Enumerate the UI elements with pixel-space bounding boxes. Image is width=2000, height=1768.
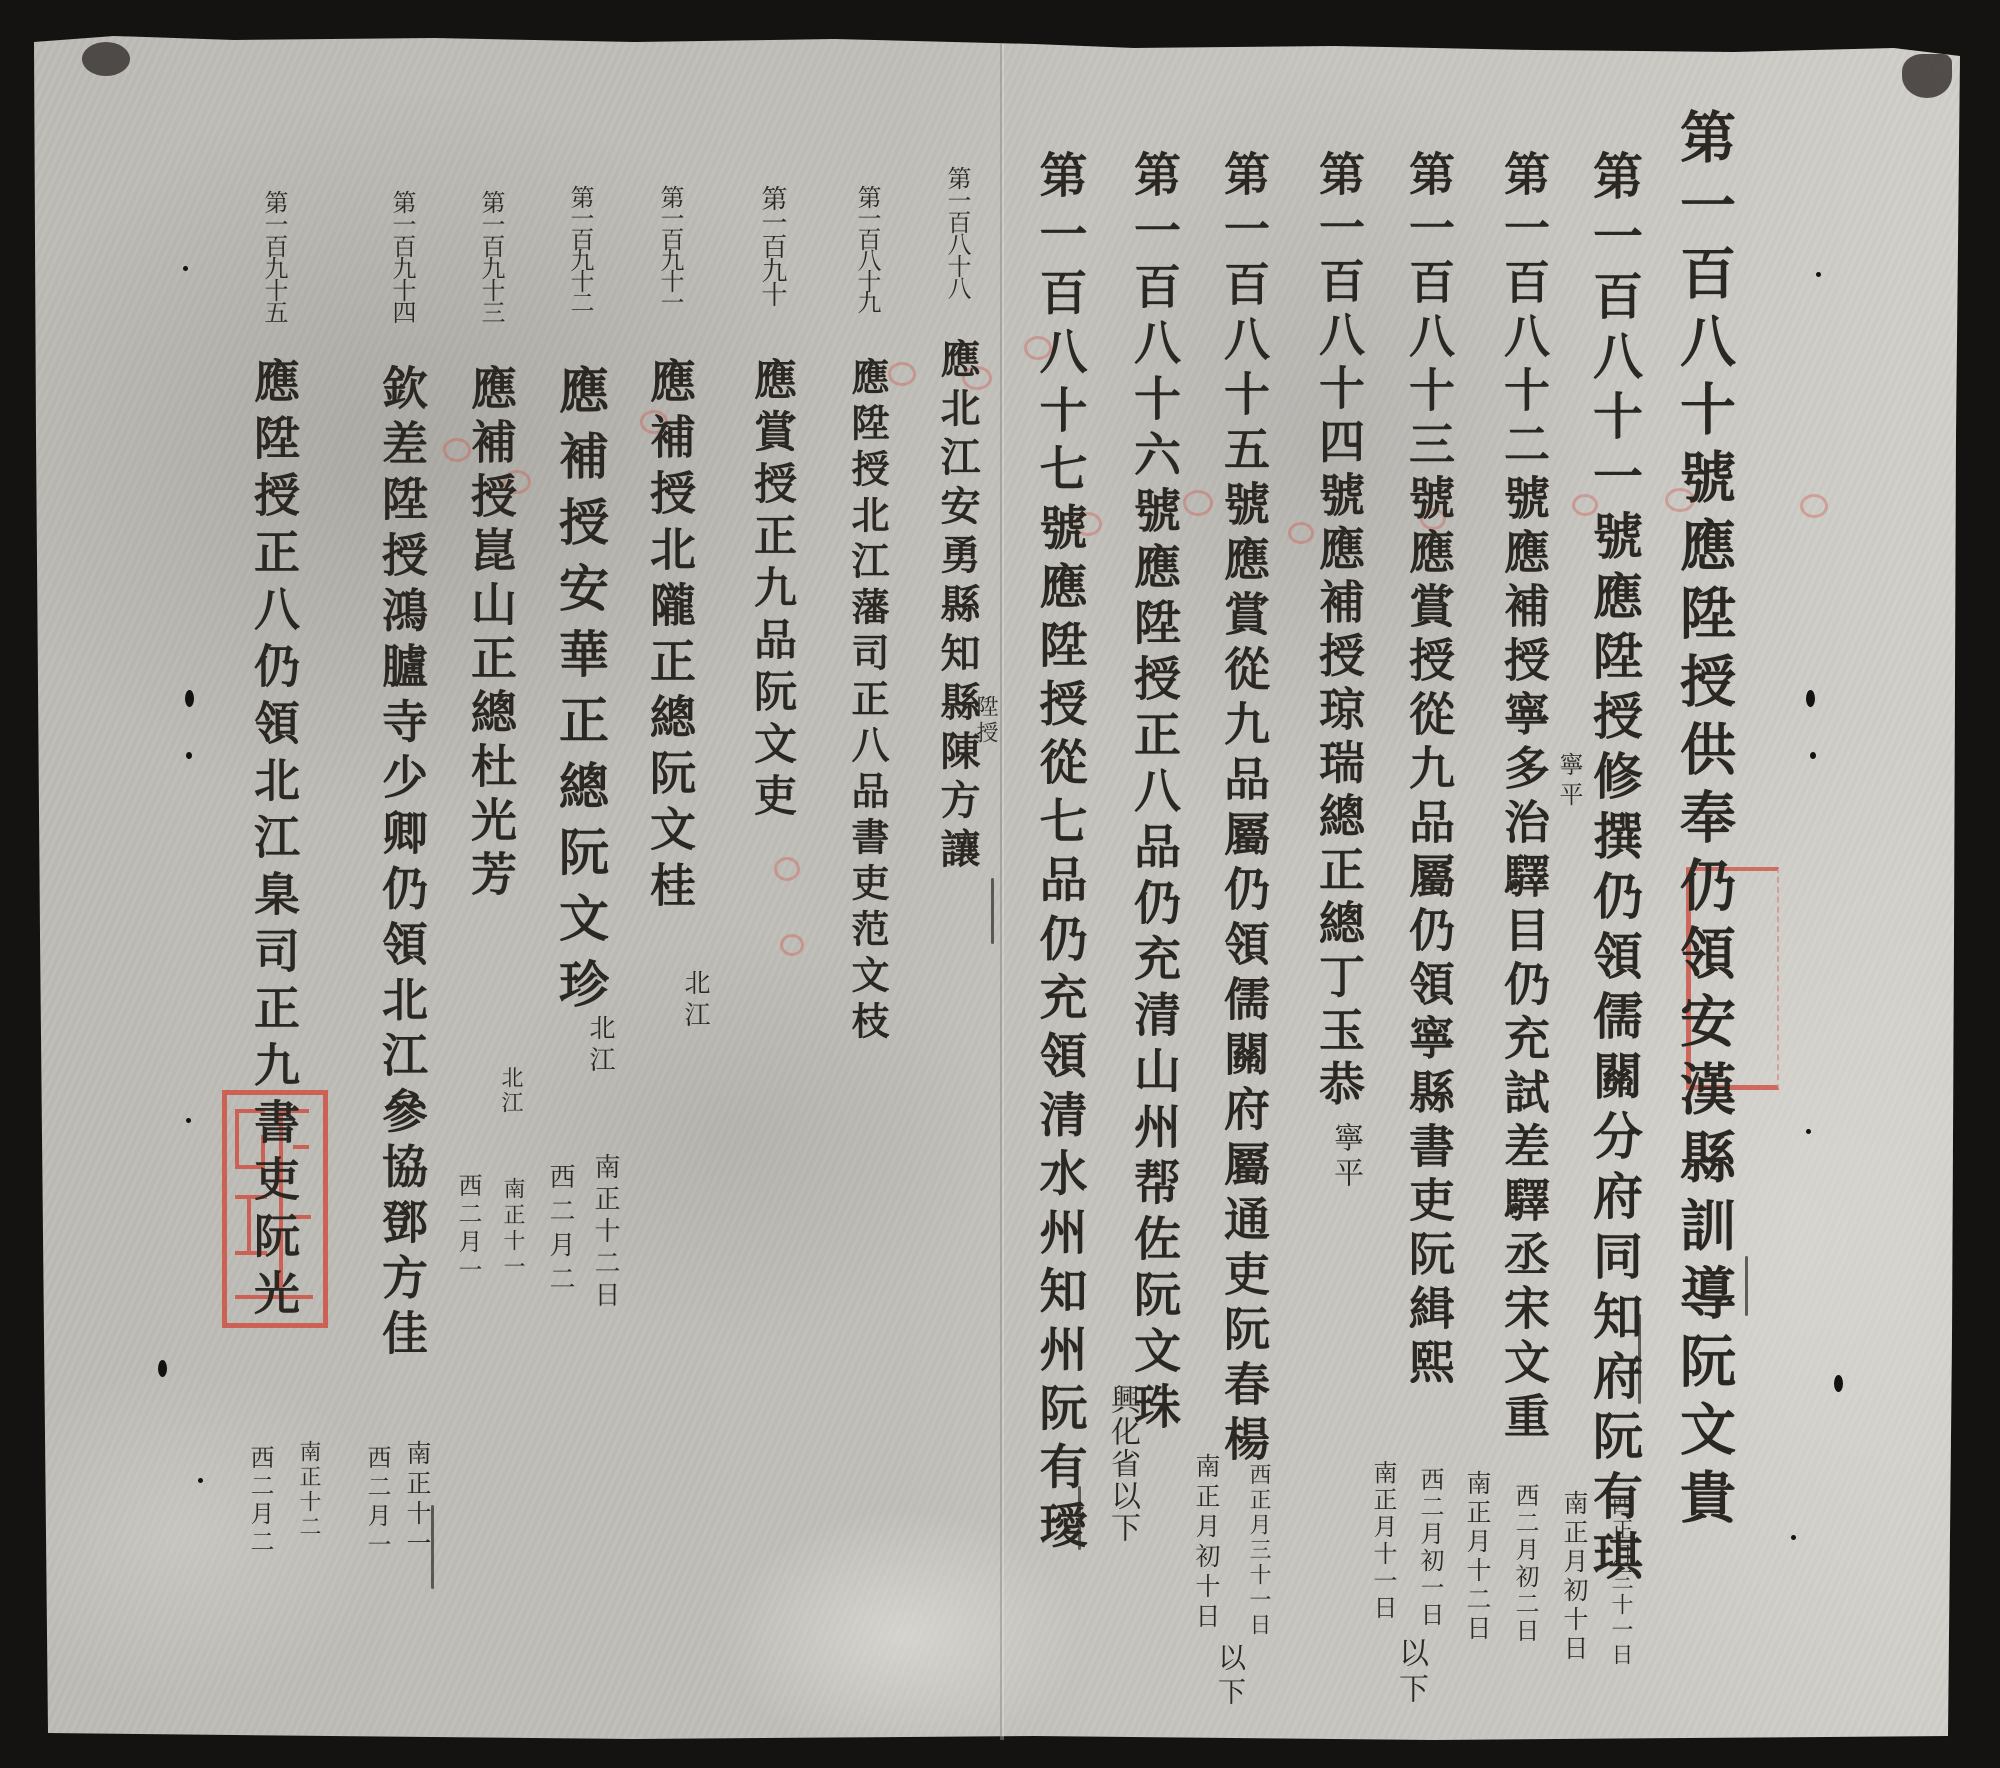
binding-hole bbox=[1816, 272, 1821, 277]
entry-number: 第一百八十七號 bbox=[1031, 150, 1087, 561]
entry-number-194: 第一百九十四 bbox=[390, 190, 414, 322]
red-circle-mark bbox=[1800, 494, 1828, 518]
entry-number-189: 第一百八十九 bbox=[855, 185, 879, 311]
entry-number: 第一百八十二號 bbox=[1497, 150, 1551, 528]
binding-hole bbox=[198, 1478, 203, 1483]
entry-number-191: 第一百九十一 bbox=[658, 185, 682, 311]
entry-text: 應補授琼瑞總正總丁玉恭 bbox=[1312, 525, 1366, 1114]
entry-number-192: 第一百九十二 bbox=[568, 185, 592, 311]
date-note: 南正月初十日 bbox=[1562, 1490, 1587, 1664]
entry-column-182: 第一百八十二號應補授寧多治驛目仍充試差驛丞宋文重 bbox=[1501, 150, 1547, 1446]
red-circle-mark bbox=[780, 934, 804, 956]
entry-text: 應陞授從七品仍充領清水州知州阮有璦 bbox=[1031, 561, 1087, 1559]
binding-hole bbox=[1806, 690, 1815, 707]
entry-column-185: 第一百八十五號應賞從九品屬仍領儒關府屬通吏阮春楊 bbox=[1221, 150, 1267, 1470]
entry-text: 應陞授修撰仍領儒關分府同知府阮有琪 bbox=[1585, 570, 1643, 1590]
entry-text: 應補授寧多治驛目仍充試差驛丞宋文重 bbox=[1497, 528, 1551, 1446]
place-note: 北江 bbox=[499, 1066, 521, 1116]
entry-text-191: 應補授北隴正總阮文桂 bbox=[647, 357, 693, 917]
place-note: 興化省以下 bbox=[1107, 1384, 1137, 1544]
entry-text-188: 應北江安勇縣知縣陳方讓 bbox=[937, 338, 977, 877]
date-note: 南正月初十日 bbox=[1194, 1453, 1219, 1633]
date-note: 西二月一 bbox=[365, 1445, 389, 1561]
entry-column-184: 第一百八十四號應補授琼瑞總正總丁玉恭 bbox=[1316, 150, 1362, 1113]
entry-number: 第一百八十號 bbox=[1671, 108, 1736, 516]
entry-number: 第一百八十六號 bbox=[1126, 150, 1181, 542]
date-note: 西二月二 bbox=[248, 1445, 272, 1557]
tick-mark bbox=[991, 878, 994, 944]
scan-background: 第一百八十號應陞授供奉仍領安漢縣訓導阮文貴 第一百八十一號應陞授修撰仍領儒關分府… bbox=[0, 0, 2000, 1768]
top-right-stain bbox=[1902, 54, 1952, 98]
entry-number-190: 第一百九十 bbox=[759, 185, 785, 305]
place-note: 寧平 bbox=[1330, 1122, 1360, 1192]
date-note: 西二月初一日 bbox=[1418, 1467, 1442, 1629]
entry-text: 應賞授從九品屬仍領寧縣書吏阮緝熙 bbox=[1402, 528, 1456, 1392]
entry-text: 應賞從九品屬仍領儒關府屬通吏阮春楊 bbox=[1217, 535, 1271, 1470]
date-note: 西二月二 bbox=[547, 1163, 573, 1299]
red-circle-mark bbox=[888, 362, 916, 386]
date-note-suffix: 以下 bbox=[1395, 1637, 1425, 1709]
entry-text-190: 應賞授正九品阮文吏 bbox=[750, 357, 793, 825]
binding-hole bbox=[183, 266, 188, 271]
date-note: 南正十二日 bbox=[592, 1153, 618, 1313]
entry-number-188: 第一百八十八 bbox=[945, 166, 969, 298]
top-left-stain bbox=[82, 42, 130, 76]
date-note: 西二月一 bbox=[456, 1173, 480, 1285]
entry-column-180: 第一百八十號應陞授供奉仍領安漢縣訓導阮文貴 bbox=[1675, 108, 1731, 1536]
entry-number: 第一百八十四號 bbox=[1312, 150, 1366, 525]
binding-hole bbox=[186, 752, 192, 759]
date-note: 南正十一 bbox=[501, 1177, 523, 1281]
entry-text: 應陞授供奉仍領安漢縣訓導阮文貴 bbox=[1671, 516, 1736, 1536]
gloss-note: 寧平 bbox=[1557, 752, 1581, 812]
entry-column-186: 第一百八十六號應陞授正八品仍充清山州帮佐阮文珠 bbox=[1130, 150, 1177, 1438]
binding-hole bbox=[1791, 1535, 1796, 1540]
entry-text-194: 欽差陞授鴻臚寺少卿仍領北江參協鄧方佳 bbox=[379, 364, 425, 1365]
binding-hole bbox=[186, 1118, 191, 1123]
date-note: 南正十二 bbox=[297, 1440, 319, 1540]
date-note: 西正月三十一日 bbox=[1609, 1493, 1631, 1668]
entry-text-192: 應補授安華正總阮文珍 bbox=[555, 364, 605, 1024]
entry-text-193: 應補授崑山正總杜光芳 bbox=[468, 364, 514, 904]
binding-hole bbox=[185, 690, 194, 707]
center-fold-line bbox=[1000, 44, 1002, 1740]
tick-mark bbox=[1745, 1256, 1748, 1316]
entry-number: 第一百八十五號 bbox=[1217, 150, 1271, 535]
entry-column-181: 第一百八十一號應陞授修撰仍領儒關分府同知府阮有琪 bbox=[1589, 150, 1639, 1590]
date-note: 西二月初二日 bbox=[1513, 1483, 1537, 1645]
place-note: 北江 bbox=[587, 1014, 613, 1078]
entry-number: 第一百八十三號 bbox=[1402, 150, 1456, 528]
entry-number: 第一百八十一號 bbox=[1585, 150, 1643, 570]
entry-text-189: 應陞授北江藩司正八品書吏范文枝 bbox=[848, 357, 886, 1047]
entry-number-195: 第一百九十五 bbox=[262, 190, 286, 322]
binding-hole bbox=[1810, 752, 1816, 759]
entry-number-193: 第一百九十三 bbox=[479, 190, 503, 322]
red-circle-mark bbox=[774, 857, 800, 881]
entry-column-183: 第一百八十三號應賞授從九品屬仍領寧縣書吏阮緝熙 bbox=[1406, 150, 1452, 1392]
gloss-note: 陞授 bbox=[974, 695, 996, 747]
place-note: 北江 bbox=[682, 969, 708, 1033]
date-note: 南正月十一日 bbox=[1371, 1460, 1395, 1622]
binding-hole bbox=[1806, 1129, 1811, 1134]
entry-text: 應陞授正八品仍充清山州帮佐阮文珠 bbox=[1126, 542, 1181, 1438]
red-circle-mark bbox=[1183, 490, 1213, 516]
date-note: 西正月三十一日 bbox=[1247, 1463, 1269, 1638]
binding-hole bbox=[158, 1360, 167, 1377]
red-circle-mark bbox=[1288, 522, 1314, 544]
date-note-suffix: 以下 bbox=[1216, 1643, 1244, 1711]
date-note: 南正月十二日 bbox=[1465, 1470, 1490, 1644]
date-note: 南正十一 bbox=[405, 1440, 430, 1560]
entry-text-195: 應陞授正八仍領北江臬司正九書吏阮光 bbox=[251, 357, 297, 1326]
binding-hole bbox=[1834, 1375, 1843, 1392]
entry-column-187: 第一百八十七號應陞授從七品仍充領清水州知州阮有璦 bbox=[1035, 150, 1083, 1559]
